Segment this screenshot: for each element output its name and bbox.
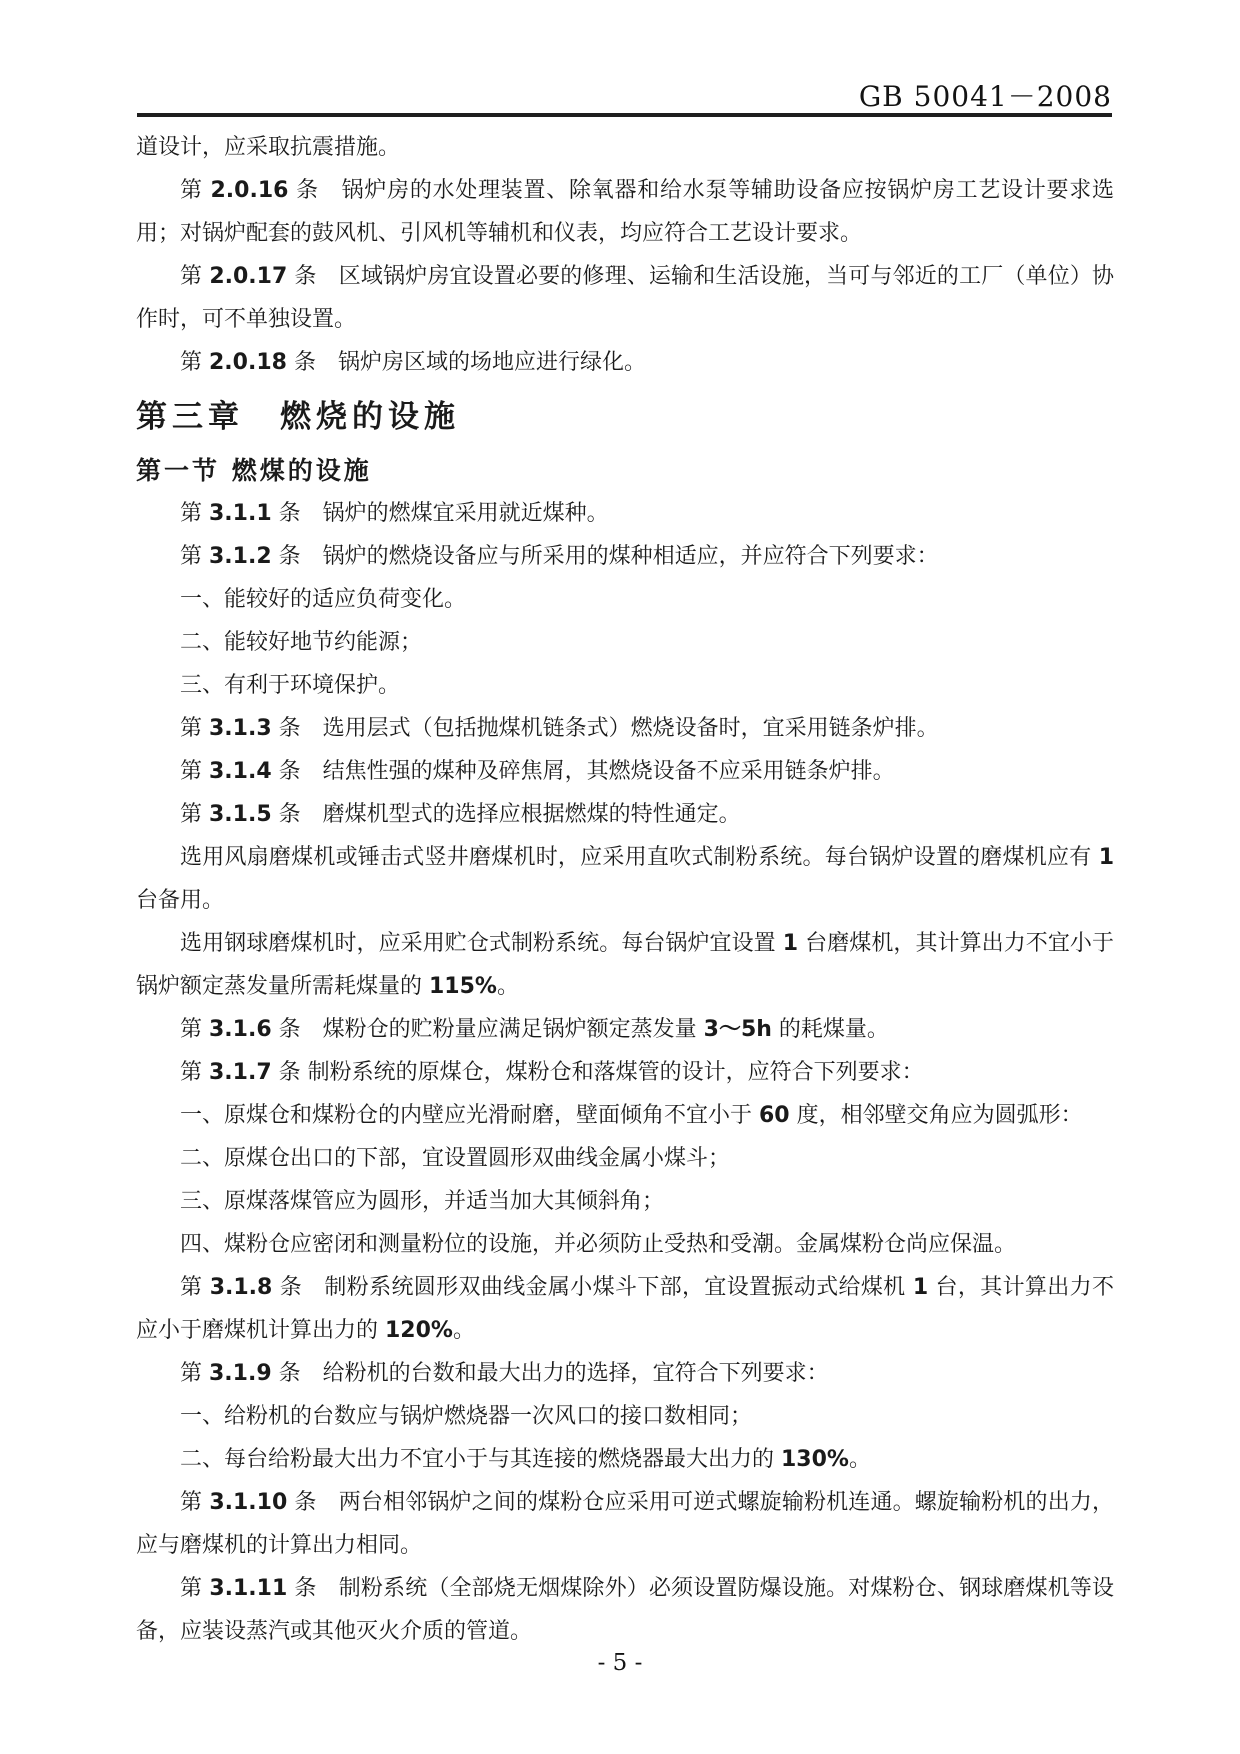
paragraph: 第 3.1.6 条 煤粉仓的贮粉量应满足锅炉额定蒸发量 3～5h 的耗煤量。: [136, 1008, 1114, 1051]
paragraph: 二、原煤仓出口的下部，宜设置圆形双曲线金属小煤斗；: [136, 1137, 1114, 1180]
numeric-text: 3.1.2: [209, 544, 272, 569]
paragraph: 三、有利于环境保护。: [136, 664, 1114, 707]
paragraph: 第 3.1.9 条 给粉机的台数和最大出力的选择，宜符合下列要求：: [136, 1352, 1114, 1395]
paragraph: 一、给粉机的台数应与锅炉燃烧器一次风口的接口数相同；: [136, 1395, 1114, 1438]
numeric-text: 115%: [429, 974, 497, 999]
paragraph: 第 3.1.7 条 制粉系统的原煤仓，煤粉仓和落煤管的设计，应符合下列要求：: [136, 1051, 1114, 1094]
numeric-text: 3.1.7: [209, 1060, 272, 1085]
document-page: GB 50041－2008 道设计，应采取抗震措施。第 2.0.16 条 锅炉房…: [0, 0, 1240, 1754]
paragraph: 三、原煤落煤管应为圆形，并适当加大其倾斜角；: [136, 1180, 1114, 1223]
paragraph: 第 3.1.8 条 制粉系统圆形双曲线金属小煤斗下部，宜设置振动式给煤机 1 台…: [136, 1266, 1114, 1352]
numeric-text: 3.1.9: [209, 1361, 272, 1386]
section-heading: 第一节 燃煤的设施: [136, 452, 1114, 490]
paragraph: 第 3.1.3 条 选用层式（包括抛煤机链条式）燃烧设备时，宜采用链条炉排。: [136, 707, 1114, 750]
chapter-heading: 第三章 燃烧的设施: [136, 394, 1114, 440]
numeric-text: 130%: [781, 1447, 849, 1472]
paragraph: 道设计，应采取抗震措施。: [136, 126, 1114, 169]
paragraph: 第 3.1.10 条 两台相邻锅炉之间的煤粉仓应采用可逆式螺旋输粉机连通。螺旋输…: [136, 1481, 1114, 1567]
header-rule: [137, 113, 1112, 117]
numeric-text: 3.1.11: [209, 1576, 287, 1601]
paragraph: 第 3.1.1 条 锅炉的燃煤宜采用就近煤种。: [136, 492, 1114, 535]
numeric-text: 2.0.16: [210, 178, 288, 203]
numeric-text: 2.0.18: [209, 350, 287, 375]
numeric-text: 3.1.4: [209, 759, 272, 784]
paragraph: 第 2.0.17 条 区域锅炉房宜设置必要的修理、运输和生活设施，当可与邻近的工…: [136, 255, 1114, 341]
numeric-text: 1: [913, 1275, 928, 1300]
document-body: 道设计，应采取抗震措施。第 2.0.16 条 锅炉房的水处理装置、除氧器和给水泵…: [136, 126, 1114, 1653]
paragraph: 二、能较好地节约能源；: [136, 621, 1114, 664]
page-number: - 5 -: [0, 1650, 1240, 1676]
paragraph: 选用风扇磨煤机或锤击式竖井磨煤机时，应采用直吹式制粉系统。每台锅炉设置的磨煤机应…: [136, 836, 1114, 922]
paragraph: 第 3.1.5 条 磨煤机型式的选择应根据燃煤的特性通定。: [136, 793, 1114, 836]
numeric-text: 60: [759, 1103, 790, 1128]
paragraph: 四、煤粉仓应密闭和测量粉位的设施，并必须防止受热和受潮。金属煤粉仓尚应保温。: [136, 1223, 1114, 1266]
paragraph: 二、每台给粉最大出力不宜小于与其连接的燃烧器最大出力的 130%。: [136, 1438, 1114, 1481]
numeric-text: 3～5h: [704, 1017, 772, 1042]
numeric-text: 3.1.1: [209, 501, 272, 526]
numeric-text: 120%: [385, 1318, 453, 1343]
paragraph: 第 2.0.18 条 锅炉房区域的场地应进行绿化。: [136, 341, 1114, 384]
paragraph: 第 3.1.4 条 结焦性强的煤种及碎焦屑，其燃烧设备不应采用链条炉排。: [136, 750, 1114, 793]
numeric-text: 3.1.5: [209, 802, 272, 827]
paragraph: 第 3.1.2 条 锅炉的燃烧设备应与所采用的煤种相适应，并应符合下列要求：: [136, 535, 1114, 578]
numeric-text: 1: [783, 931, 798, 956]
paragraph: 选用钢球磨煤机时，应采用贮仓式制粉系统。每台锅炉宜设置 1 台磨煤机，其计算出力…: [136, 922, 1114, 1008]
numeric-text: 3.1.3: [209, 716, 272, 741]
paragraph: 一、能较好的适应负荷变化。: [136, 578, 1114, 621]
numeric-text: 3.1.6: [209, 1017, 272, 1042]
doc-number: GB 50041－2008: [137, 82, 1112, 112]
numeric-text: 3.1.10: [209, 1490, 287, 1515]
numeric-text: 1: [1099, 845, 1114, 870]
paragraph: 第 3.1.11 条 制粉系统（全部烧无烟煤除外）必须设置防爆设施。对煤粉仓、钢…: [136, 1567, 1114, 1653]
numeric-text: 2.0.17: [209, 264, 287, 289]
numeric-text: 3.1.8: [210, 1275, 273, 1300]
paragraph: 第 2.0.16 条 锅炉房的水处理装置、除氧器和给水泵等辅助设备应按锅炉房工艺…: [136, 169, 1114, 255]
paragraph: 一、原煤仓和煤粉仓的内壁应光滑耐磨，壁面倾角不宜小于 60 度，相邻壁交角应为圆…: [136, 1094, 1114, 1137]
